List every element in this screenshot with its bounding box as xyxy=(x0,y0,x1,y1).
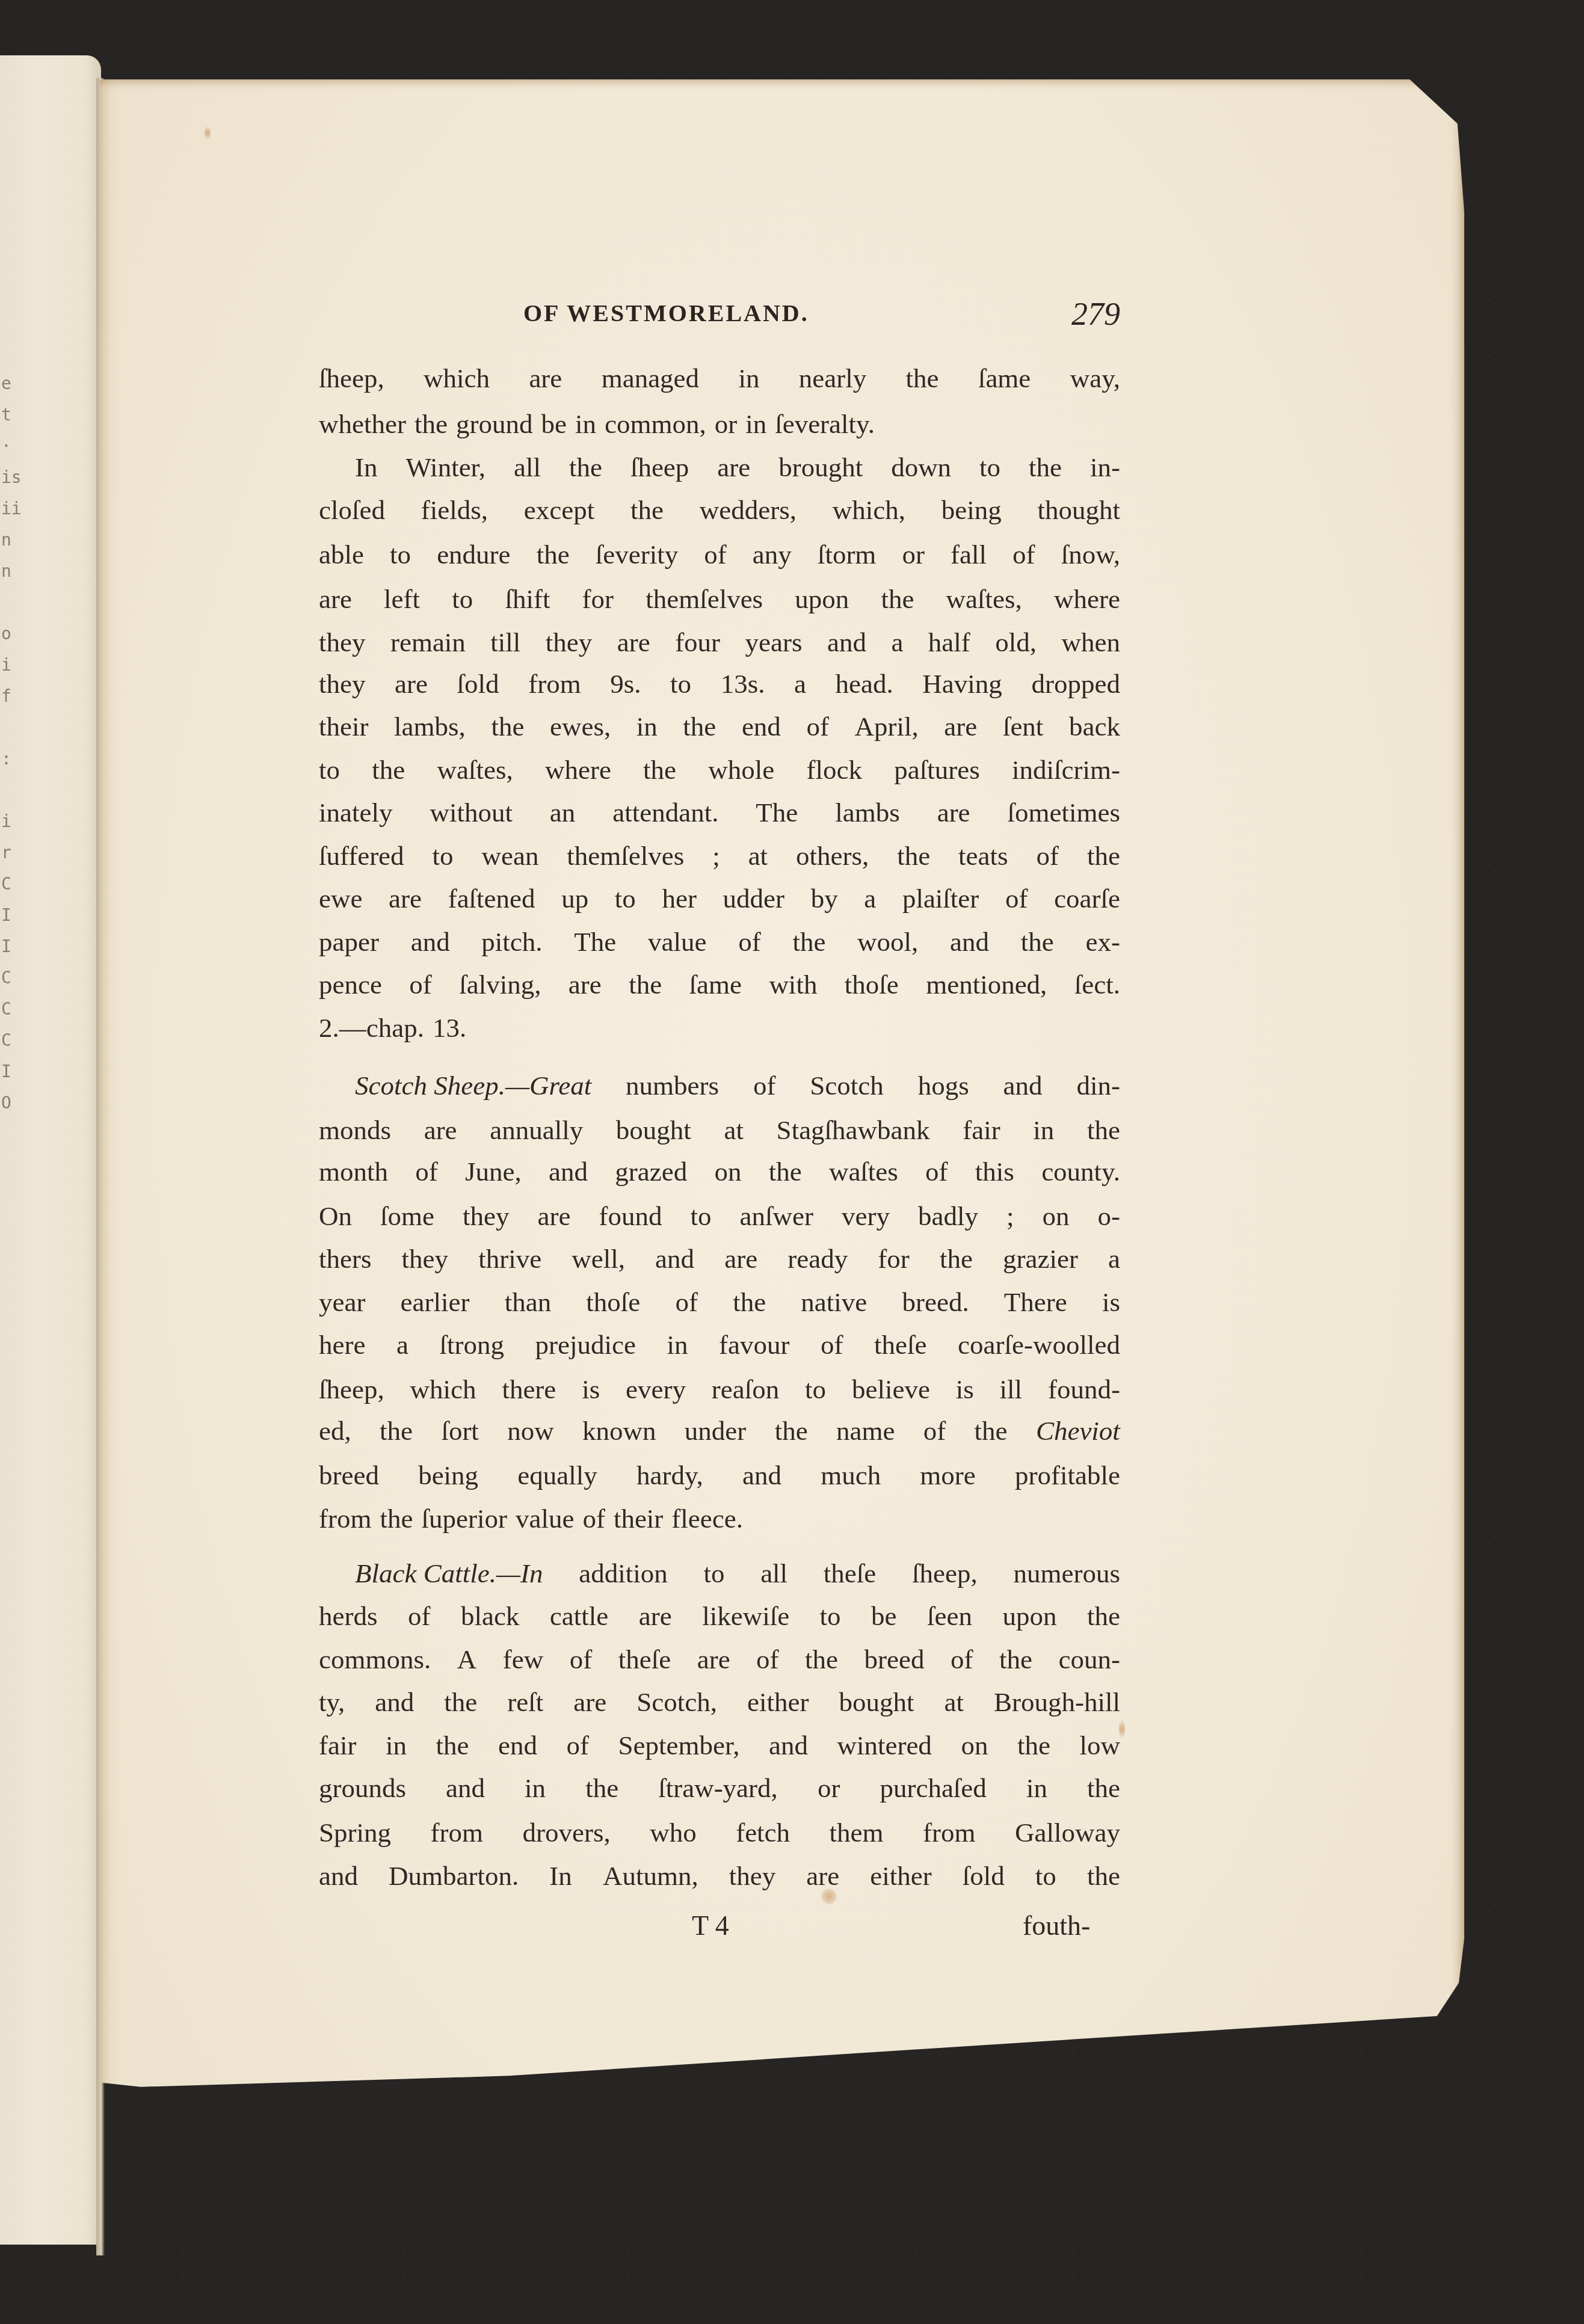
word: old, xyxy=(995,622,1037,662)
word: waſtes xyxy=(829,1152,898,1191)
word: waſtes, xyxy=(946,579,1022,619)
word: the xyxy=(733,1282,766,1322)
word: from xyxy=(431,1813,483,1852)
word: of xyxy=(409,965,432,1004)
word: and xyxy=(411,922,450,962)
word: in xyxy=(667,1325,688,1365)
word: or xyxy=(902,535,925,574)
text-line: ſufferedtoweanthemſelves;atothers,thetea… xyxy=(319,836,1120,876)
word: any xyxy=(753,535,792,574)
word: wintered xyxy=(837,1726,931,1765)
word: the xyxy=(906,358,939,398)
text-line: commons.Afewoftheſeareofthebreedofthecou… xyxy=(319,1640,1120,1679)
word: pitch. xyxy=(481,922,542,962)
word: ewe xyxy=(319,879,362,918)
word: ready xyxy=(787,1239,848,1279)
word: are xyxy=(569,965,602,1004)
word: of xyxy=(567,1726,590,1765)
word: from xyxy=(923,1813,975,1852)
word: to xyxy=(390,535,411,574)
word: faſtened xyxy=(448,879,535,918)
word: which xyxy=(424,358,490,398)
word: are xyxy=(389,879,422,918)
word: till xyxy=(490,622,520,662)
word: at xyxy=(748,836,768,876)
word: her xyxy=(662,879,696,918)
word: of xyxy=(753,1066,776,1105)
word: the xyxy=(769,1152,802,1191)
text-line: InWinter,alltheſheeparebroughtdowntothei… xyxy=(355,447,1120,487)
word: paſtures xyxy=(894,750,979,790)
word: much xyxy=(821,1456,881,1495)
word: ſect. xyxy=(1074,965,1120,1004)
word: ſtraw-yard, xyxy=(658,1768,778,1808)
word: grazed xyxy=(615,1152,687,1191)
word: ſuperior xyxy=(421,1499,507,1539)
word: are xyxy=(937,793,970,832)
text-line: andDumbarton.InAutumn,theyareeitherſoldt… xyxy=(319,1856,1120,1896)
word: In xyxy=(355,447,378,487)
word: waſtes, xyxy=(437,750,513,790)
word: of xyxy=(415,1152,438,1191)
word: others, xyxy=(796,836,869,876)
word: 2.—chap. xyxy=(319,1008,424,1048)
word: of xyxy=(570,1640,593,1679)
word: is xyxy=(956,1369,974,1409)
word: ed, xyxy=(319,1411,351,1451)
word: common, xyxy=(605,404,706,444)
word: and xyxy=(742,1456,781,1495)
word: themſelves xyxy=(567,836,684,876)
word: in xyxy=(738,358,759,398)
word: annually xyxy=(490,1110,583,1150)
word: a xyxy=(794,664,806,704)
word: coun- xyxy=(1059,1640,1120,1679)
word: few xyxy=(503,1640,543,1679)
word: or xyxy=(715,404,738,444)
word: ſame xyxy=(689,965,742,1004)
word: Scotch, xyxy=(636,1682,717,1722)
word: reaſon xyxy=(712,1369,779,1409)
word: four xyxy=(675,622,720,662)
word: remain xyxy=(390,622,466,662)
word: are xyxy=(529,358,562,398)
word: ſtrong xyxy=(439,1325,504,1365)
word: on xyxy=(1042,1196,1069,1236)
word: ; xyxy=(1006,1196,1014,1236)
word: Brough-hill xyxy=(994,1682,1120,1722)
word: either xyxy=(747,1682,809,1722)
word: upon xyxy=(1002,1596,1056,1636)
word: theſe xyxy=(618,1640,671,1679)
word: in xyxy=(386,1726,407,1765)
text-line: ſheep,whichthereiseveryreaſontobelieveis… xyxy=(319,1369,1120,1409)
signature-mark: T 4 xyxy=(692,1910,729,1941)
word: they xyxy=(729,1856,775,1896)
word: September, xyxy=(618,1726,740,1765)
word: attendant. xyxy=(612,793,718,832)
word: the xyxy=(630,490,664,530)
word: Having xyxy=(922,664,1002,704)
word: more xyxy=(920,1456,975,1495)
word: and xyxy=(549,1152,588,1191)
word: cattle xyxy=(550,1596,608,1636)
word: of xyxy=(821,1325,843,1365)
word: an xyxy=(550,793,575,832)
word: a xyxy=(1108,1239,1120,1279)
word: month xyxy=(319,1152,388,1191)
word: being xyxy=(418,1456,478,1495)
word: ty, xyxy=(319,1682,345,1722)
word: able xyxy=(319,535,364,574)
word: is xyxy=(582,1369,600,1409)
word: the xyxy=(1087,1596,1120,1636)
word: to xyxy=(690,1196,711,1236)
word: inately xyxy=(319,793,392,832)
word: 13. xyxy=(433,1008,466,1048)
word: back xyxy=(1069,707,1120,746)
running-head: OF WESTMORELAND. 279 xyxy=(319,299,1120,335)
word: are xyxy=(639,1596,672,1636)
word: without xyxy=(430,793,513,832)
word: of xyxy=(738,922,761,962)
word: ſold xyxy=(457,664,499,704)
word: county. xyxy=(1041,1152,1120,1191)
word: are xyxy=(944,707,977,746)
word: up xyxy=(561,879,588,918)
word: Spring xyxy=(319,1813,391,1852)
word: left xyxy=(384,579,420,619)
section-heading: Black Cattle.—In xyxy=(355,1554,543,1593)
text-line: breedbeingequallyhardy,andmuchmoreprofit… xyxy=(319,1456,1120,1495)
word: ſuffered xyxy=(319,836,404,876)
word: from xyxy=(319,1499,371,1539)
word: ſometimes xyxy=(1008,793,1120,832)
word: black xyxy=(461,1596,519,1636)
word: the xyxy=(380,1499,413,1539)
word: numbers xyxy=(626,1066,719,1105)
word: the xyxy=(805,1640,838,1679)
word: on xyxy=(961,1726,988,1765)
word: ſheep, xyxy=(319,1369,384,1409)
text-line: Onſometheyarefoundtoanſwerverybadly;ono- xyxy=(319,1196,1120,1236)
word: the xyxy=(897,836,930,876)
word: on xyxy=(714,1152,741,1191)
word: the xyxy=(444,1682,477,1722)
word: ſome xyxy=(380,1196,434,1236)
word: and xyxy=(950,922,989,962)
word: the xyxy=(629,965,662,1004)
text-line: Springfromdrovers,whofetchthemfromGallow… xyxy=(319,1813,1120,1852)
word: now xyxy=(507,1411,554,1451)
word: Scotch xyxy=(810,1066,883,1105)
word: ſheep xyxy=(630,447,689,487)
text-line: inatelywithoutanattendant.Thelambsareſom… xyxy=(319,793,1120,832)
word: ſheep, xyxy=(912,1554,978,1593)
word: in xyxy=(745,404,766,444)
word: fields, xyxy=(421,490,488,530)
word: thoſe xyxy=(586,1282,640,1322)
word: theſe xyxy=(824,1554,876,1593)
word: of xyxy=(925,1152,948,1191)
word: found- xyxy=(1048,1369,1120,1409)
word: monds xyxy=(319,1110,391,1150)
word: from xyxy=(528,664,581,704)
word: than xyxy=(505,1282,551,1322)
word: ſame xyxy=(978,358,1031,398)
word: year xyxy=(319,1282,365,1322)
word: plaiſter xyxy=(902,879,979,918)
word: where xyxy=(545,750,611,790)
text-line: cloſedfields,exceptthewedders,which,bein… xyxy=(319,490,1120,530)
word: known xyxy=(582,1411,656,1451)
word: are xyxy=(724,1239,757,1279)
word: o- xyxy=(1098,1196,1121,1236)
word: breed xyxy=(864,1640,925,1679)
word: low xyxy=(1079,1726,1120,1765)
word: pence xyxy=(319,965,382,1004)
word: every xyxy=(626,1369,686,1409)
word: they xyxy=(402,1239,448,1279)
word: ſalving, xyxy=(459,965,541,1004)
word: ſnow, xyxy=(1061,535,1120,574)
word: profitable xyxy=(1015,1456,1120,1495)
text-line: ed,theſortnowknownunderthenameoftheChevi… xyxy=(319,1411,1120,1451)
word: the xyxy=(643,750,676,790)
word: managed xyxy=(602,358,699,398)
word: to xyxy=(433,836,454,876)
word: are xyxy=(319,579,352,619)
text-line: Black Cattle.—Inadditiontoalltheſeſheep,… xyxy=(355,1554,1120,1593)
text-line: whetherthegroundbeincommon,orinſeveralty… xyxy=(319,404,1120,444)
word: the xyxy=(585,1768,618,1808)
word: nearly xyxy=(799,358,866,398)
word: and xyxy=(827,622,866,662)
word: In xyxy=(549,1856,572,1896)
word: end xyxy=(498,1726,537,1765)
word: in xyxy=(636,707,658,746)
word: drovers, xyxy=(522,1813,610,1852)
word: dropped xyxy=(1031,664,1120,704)
word: either xyxy=(870,1856,931,1896)
word: numerous xyxy=(1013,1554,1120,1593)
word: of xyxy=(676,1282,698,1322)
word: are xyxy=(573,1682,606,1722)
word: at xyxy=(724,1110,743,1150)
word: and xyxy=(655,1239,694,1279)
word: way, xyxy=(1070,358,1120,398)
word: anſwer xyxy=(740,1196,813,1236)
word: whole xyxy=(708,750,774,790)
word: hogs xyxy=(918,1066,969,1105)
word: the xyxy=(380,1411,413,1451)
word: ſort xyxy=(441,1411,479,1451)
word: there xyxy=(502,1369,556,1409)
word: they xyxy=(319,622,365,662)
word: to xyxy=(1035,1856,1056,1896)
word: the xyxy=(1087,1856,1120,1896)
word: ex- xyxy=(1085,922,1120,962)
word: to xyxy=(670,664,691,704)
word: the xyxy=(881,579,914,619)
word: the xyxy=(372,750,405,790)
word: and xyxy=(446,1768,485,1808)
word: Dumbarton. xyxy=(389,1856,519,1896)
word: be xyxy=(871,1596,896,1636)
word: There xyxy=(1004,1282,1067,1322)
text-line: ewearefaſteneduptoherudderbyaplaiſterofc… xyxy=(319,879,1120,918)
word: breed xyxy=(319,1456,379,1495)
word: prejudice xyxy=(535,1325,636,1365)
word: fetch xyxy=(736,1813,790,1852)
word: the xyxy=(999,1640,1032,1679)
word: them xyxy=(830,1813,884,1852)
word: the xyxy=(1017,1726,1050,1765)
word: to xyxy=(805,1369,826,1409)
word: ſent xyxy=(1003,707,1043,746)
word: likewiſe xyxy=(702,1596,789,1636)
word: addition xyxy=(579,1554,667,1593)
word: the xyxy=(537,535,570,574)
word: in xyxy=(525,1768,546,1808)
text-line: ſheep,whicharemanagedinnearlytheſameway, xyxy=(319,358,1120,398)
word: herds xyxy=(319,1596,377,1636)
word: fall xyxy=(951,535,987,574)
word: The xyxy=(756,793,798,832)
word: flock xyxy=(807,750,862,790)
word: A xyxy=(457,1640,477,1679)
word: thought xyxy=(1037,490,1120,530)
word: native xyxy=(801,1282,867,1322)
word: upon xyxy=(795,579,849,619)
word: coarſe-woolled xyxy=(958,1325,1120,1365)
word: are xyxy=(538,1196,571,1236)
word: ground xyxy=(456,404,533,444)
word: a xyxy=(396,1325,408,1365)
word: On xyxy=(319,1196,352,1236)
word: coarſe xyxy=(1054,879,1120,918)
word: for xyxy=(582,579,614,619)
word: are xyxy=(697,1640,730,1679)
text-line: tothewaſtes,wherethewholeflockpaſturesin… xyxy=(319,750,1120,790)
word: for xyxy=(878,1239,909,1279)
word: commons. xyxy=(319,1640,431,1679)
word: theſe xyxy=(874,1325,926,1365)
word: breed. xyxy=(902,1282,969,1322)
word: ewes, xyxy=(550,707,611,746)
word: The xyxy=(574,922,616,962)
word: who xyxy=(650,1813,697,1852)
italic-term: Cheviot xyxy=(1036,1411,1120,1451)
word: end xyxy=(742,707,781,746)
text-line: fairintheendofSeptember,andwinteredonthe… xyxy=(319,1726,1120,1765)
word: are xyxy=(617,622,650,662)
text-line: penceofſalving,aretheſamewiththoſementio… xyxy=(319,965,1120,1004)
word: din- xyxy=(1076,1066,1120,1105)
word: to xyxy=(703,1554,724,1593)
word: in- xyxy=(1090,447,1120,487)
word: value xyxy=(648,922,706,962)
word: a xyxy=(891,622,903,662)
word: Autumn, xyxy=(603,1856,698,1896)
word: a xyxy=(864,879,876,918)
word: of xyxy=(704,535,727,574)
text-line: monthofJune,andgrazedonthewaſtesofthisco… xyxy=(319,1152,1120,1191)
word: are xyxy=(806,1856,839,1896)
word: with xyxy=(769,965,817,1004)
word: ; xyxy=(712,836,720,876)
word: found xyxy=(599,1196,662,1236)
text-line: mondsareannuallyboughtatStagſhawbankfair… xyxy=(319,1110,1120,1150)
word: to xyxy=(319,750,340,790)
word: ſtorm xyxy=(818,535,877,574)
word: whether xyxy=(319,404,406,444)
word: they xyxy=(319,664,365,704)
word: in xyxy=(575,404,596,444)
word: teats xyxy=(958,836,1008,876)
word: of xyxy=(582,1499,605,1539)
word: June, xyxy=(465,1152,522,1191)
word: fair xyxy=(319,1726,356,1765)
word: of xyxy=(1037,836,1059,876)
word: endure xyxy=(437,535,510,574)
text-line: therstheythrivewell,andarereadyforthegra… xyxy=(319,1239,1120,1279)
word: bought xyxy=(616,1110,691,1150)
word: the xyxy=(1087,836,1120,876)
word: of xyxy=(1005,879,1028,918)
word: the xyxy=(491,707,524,746)
word: believe xyxy=(852,1369,930,1409)
word: of xyxy=(951,1640,973,1679)
word: are xyxy=(717,447,750,487)
word: are xyxy=(424,1110,457,1150)
text-line: arelefttoſhiftforthemſelvesuponthewaſtes… xyxy=(319,579,1120,619)
word: ſold xyxy=(963,1856,1005,1896)
word: indiſcrim- xyxy=(1012,750,1120,790)
word: Winter, xyxy=(405,447,485,487)
word: hardy, xyxy=(636,1456,703,1495)
text-line: abletoenduretheſeverityofanyſtormorfallo… xyxy=(319,535,1120,574)
word: being xyxy=(941,490,1002,530)
text-line: ty,andthereſtareScotch,eitherboughtatBro… xyxy=(319,1682,1120,1722)
word: themſelves xyxy=(646,579,763,619)
word: ſeen xyxy=(927,1596,972,1636)
word: their xyxy=(614,1499,663,1539)
text-line: yearearlierthanthoſeofthenativebreed.The… xyxy=(319,1282,1120,1322)
word: the xyxy=(1087,1110,1120,1150)
word: the xyxy=(414,404,448,444)
word: and xyxy=(375,1682,414,1722)
word: years xyxy=(745,622,803,662)
left-page-edge: e t · is ii n n o i f : i r C I I C C C … xyxy=(0,55,101,2245)
word: and xyxy=(1003,1066,1043,1105)
word: Galloway xyxy=(1015,1813,1120,1852)
left-page-bleed-text: e t · is ii n n o i f : i r C I I C C C … xyxy=(1,368,19,1119)
word: to xyxy=(820,1596,841,1636)
word: the xyxy=(569,447,602,487)
word: head. xyxy=(836,664,893,704)
word: here xyxy=(319,1325,365,1365)
word: thers xyxy=(319,1239,371,1279)
word: all xyxy=(760,1554,787,1593)
section-heading: Scotch Sheep.—Great xyxy=(355,1066,591,1105)
word: and xyxy=(319,1856,358,1896)
word: udder xyxy=(723,879,784,918)
text-line: herdsofblackcattlearelikewiſetobeſeenupo… xyxy=(319,1596,1120,1636)
word: are xyxy=(395,664,428,704)
word: Stagſhawbank xyxy=(777,1110,930,1150)
word: which xyxy=(410,1369,476,1409)
